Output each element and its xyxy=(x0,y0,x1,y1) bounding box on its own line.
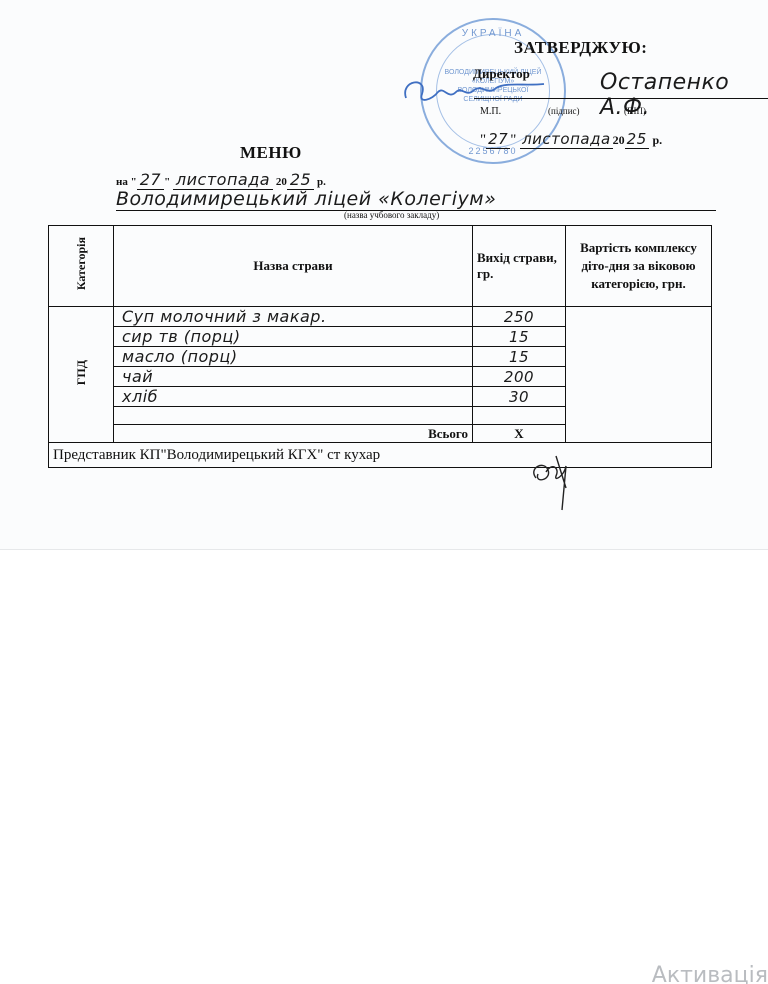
school-name: Володимирецький ліцей «Колегіум» xyxy=(116,188,716,211)
cook-signature-icon xyxy=(526,448,586,518)
director-position: Директор xyxy=(473,66,530,82)
menu-table: Категорія Назва страви Вихід страви, гр.… xyxy=(48,225,712,468)
signature-caption: (підпис) xyxy=(548,106,580,116)
signature-line xyxy=(474,98,768,99)
dish-output: 200 xyxy=(473,367,566,387)
approval-month: листопада xyxy=(520,130,613,149)
cost-cell xyxy=(566,307,712,443)
date-quote: " xyxy=(510,132,516,148)
menu-day: 27 xyxy=(137,170,164,190)
dish-output: 15 xyxy=(473,347,566,367)
category-cell: ГПД xyxy=(49,307,114,443)
approval-title: ЗАТВЕРДЖУЮ: xyxy=(514,38,647,58)
dish-output xyxy=(473,407,566,425)
menu-year-label: р. xyxy=(317,176,326,188)
dish-name: сир тв (порц) xyxy=(114,327,473,347)
approval-day: 27 xyxy=(486,130,510,149)
approval-date: "27" листопада2025 р. xyxy=(480,130,662,149)
approval-year-suffix-label: р. xyxy=(653,133,663,147)
cook-representative: Представник КП"Володимирецький КГХ" ст к… xyxy=(49,443,712,468)
stamp-place-label: М.П. xyxy=(480,106,501,117)
menu-date: на "27" листопада 2025 р. xyxy=(116,170,326,190)
header-category-label: Категорія xyxy=(74,237,89,290)
dish-name: хліб xyxy=(114,387,473,407)
date-prefix: на " xyxy=(116,176,137,188)
menu-month: листопада xyxy=(173,170,273,190)
dish-name: масло (порц) xyxy=(114,347,473,367)
table-header-row: Категорія Назва страви Вихід страви, гр.… xyxy=(49,226,712,307)
footer-row: Представник КП"Володимирецький КГХ" ст к… xyxy=(49,443,712,468)
header-cost: Вартість комплексу діто-дня за віковою к… xyxy=(566,226,712,307)
approval-year-prefix: 20 xyxy=(613,133,625,147)
dish-output: 15 xyxy=(473,327,566,347)
dish-output: 30 xyxy=(473,387,566,407)
total-value: Х xyxy=(473,425,566,443)
header-output: Вихід страви, гр. xyxy=(473,226,566,307)
school-caption: (назва учбового закладу) xyxy=(344,210,439,220)
dish-name xyxy=(114,407,473,425)
header-dish-name: Назва страви xyxy=(114,226,473,307)
dish-name: Суп молочний з макар. xyxy=(114,307,473,327)
activation-watermark: Активація xyxy=(652,963,768,984)
date-quote: " xyxy=(164,176,170,188)
header-category: Категорія xyxy=(49,226,114,307)
dish-output: 250 xyxy=(473,307,566,327)
dish-name: чай xyxy=(114,367,473,387)
menu-title: МЕНЮ xyxy=(240,143,302,163)
category-label: ГПД xyxy=(74,360,89,385)
menu-year-suffix: 25 xyxy=(287,170,314,190)
menu-year-prefix: 20 xyxy=(276,176,287,188)
approval-year-suffix: 25 xyxy=(625,130,649,149)
total-label: Всього xyxy=(114,425,473,443)
table-row: ГПД Суп молочний з макар. 250 xyxy=(49,307,712,327)
pib-caption: (ПІП) xyxy=(624,106,646,116)
